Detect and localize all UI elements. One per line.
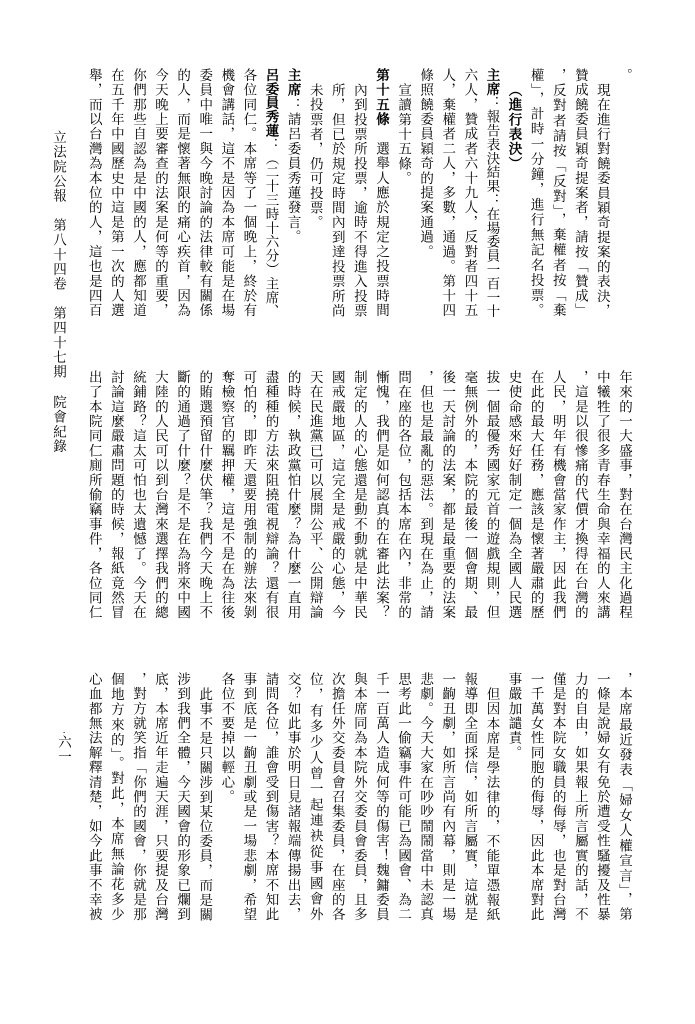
text-column: 第十五條 選舉人應於規定之投票時間 — [370, 68, 392, 318]
text-column: 事到底是一齣丑劇或是一場悲劇，希望 — [237, 672, 259, 922]
text-column: 千一百萬人造成何等的傷害！魏鏞委員 — [370, 672, 392, 922]
text-column: 此事不是只關涉到某位委員，而是關 — [193, 672, 215, 922]
text-column: 權」，計時一分鐘，進行無記名投票。 — [525, 68, 547, 318]
text-column: ，對方就笑指「你們的國會，你就是那 — [127, 672, 149, 922]
text-column: 拔一個最優秀國家元首的遊戲規則，但 — [480, 370, 502, 620]
text-column: （進行表決） — [502, 68, 524, 318]
text-column: 各位同仁。本席等了一個晚上，終於有 — [237, 68, 259, 318]
text-column: 毫無例外的，本院的最後一個會期、最 — [458, 370, 480, 620]
text-column: 後一天討論的法案，都是最重要的法案 — [436, 370, 458, 620]
text-column: 。 — [613, 68, 635, 318]
text-column: 交？如此事於明日見諸報端傳揚出去， — [282, 672, 304, 922]
text-column: ，反對者請按「反對」，棄權者按「棄 — [547, 68, 569, 318]
text-band-middle: 年來的一大盛事，對在台灣民主化過程 中犧牲了很多青春生命與幸福的人來講 ，這是以… — [82, 370, 635, 620]
text-column: 討論這麼嚴肅問題的時候，報紙竟然冒 — [105, 370, 127, 620]
text-column: 中犧牲了很多青春生命與幸福的人來講 — [591, 370, 613, 620]
text-column: 盡種種的方法來阻撓電視辯論？還有很 — [259, 370, 281, 620]
text-column: 出了本院同仁廁所偷竊事件，各位同仁 — [83, 370, 105, 620]
text-column: 委員中唯一與今晚討論的法律較有關係 — [193, 68, 215, 318]
text-column: 呂委員秀蓮：（二十三時十六分）主席、 — [259, 68, 281, 318]
text-column: 制定的人的心態還是動不動就是中華民 — [348, 370, 370, 620]
text-column: 統鋪路？這太可怕也太遺憾了。今天在 — [127, 370, 149, 620]
text-column: 主席：報告表決結果：在場委員一百一十 — [480, 68, 502, 318]
text-column: 一千萬女性同胞的侮辱，因此本席對此 — [525, 672, 547, 922]
text-column: 今天晚上要審查的法案是何等的重要， — [149, 68, 171, 318]
text-column: 史使命感來好好制定一個為全國人民選 — [502, 370, 524, 620]
text-column: ，這是以很慘痛的代價才換得在台灣的 — [569, 370, 591, 620]
text-column: 的時候，執政黨怕什麼？為什麼一直用 — [282, 370, 304, 620]
text-column: 內到投票所投票，逾時不得進入投票 — [348, 68, 370, 318]
text-column: 一齣丑劇，如所言尚有內幕，則是一場 — [436, 672, 458, 922]
header-publication: 立法院公報 — [50, 130, 66, 204]
speech-text: ：（二十三時十六分）主席、 — [263, 138, 279, 319]
text-column: 慚愧，我們是如何認真的在審此法案？ — [370, 370, 392, 620]
header-volume: 第八十四卷 — [50, 218, 66, 292]
text-column: 人，棄權者二人，多數，通過。第十四 — [436, 68, 458, 318]
text-column: ，但也是最亂的惡法。到現在為止，請 — [414, 370, 436, 620]
text-column: 舉，而以台灣為本位的人，這也是四百 — [83, 68, 105, 318]
text-column: 但因本席是學法律的，不能單憑報紙 — [480, 672, 502, 922]
speaker-label: 呂委員秀蓮 — [263, 68, 279, 138]
header-section: 院會紀錄 — [50, 395, 66, 454]
text-column: ，本席最近發表「婦女人權宣言」，第 — [613, 672, 635, 922]
speech-text: ：報告表決結果：在場委員一百一十 — [483, 96, 499, 318]
text-column: 僅是對本院女職員的侮辱，也是對台灣 — [547, 672, 569, 922]
text-column: 六人，贊成者六十九人，反對者四十五 — [458, 68, 480, 318]
text-column: 各位不要掉以輕心。 — [215, 672, 237, 922]
text-column: 可怕的，即昨天還要用強制的辦法來剝 — [237, 370, 259, 620]
text-column: 力的自由，如果報上所言屬實的話，不 — [569, 672, 591, 922]
text-column: 條照饒委員穎奇的提案通過。 — [414, 68, 436, 318]
text-column: 報導即全面採信，如所言屬實，這就是 — [458, 672, 480, 922]
article-text: 選舉人應於規定之投票時間 — [373, 127, 389, 318]
text-column: 國戒嚴地區，這完全是戒嚴的心態，今 — [326, 370, 348, 620]
text-column: 贊成饒委員穎奇提案者，請按「贊成」 — [569, 68, 591, 318]
text-column: 位，有多少人曾一起連袂從事國會外 — [304, 672, 326, 922]
text-column: 在五千年中國歷史中這是第一次的人選 — [105, 68, 127, 318]
text-column: 一條是說婦女有免於遭受性騷擾及性暴 — [591, 672, 613, 922]
text-column: 底，本席近年走遍天涯，只要提及台灣 — [149, 672, 171, 922]
text-column: 奪檢察官的羈押權，這是不是在為往後 — [215, 370, 237, 620]
text-column: 天在民進黨已可以展開公平、公開辯論 — [304, 370, 326, 620]
article-label: 第十五條 — [373, 68, 389, 127]
text-column: 你們那些自認為是中國的人，應都知道 — [127, 68, 149, 318]
text-column: 未投票者，仍可投票。 — [304, 68, 326, 318]
page-number-value: 六一 — [55, 735, 71, 764]
text-band-bottom: ，本席最近發表「婦女人權宣言」，第 一條是說婦女有免於遭受性騷擾及性暴 力的自由… — [82, 672, 635, 922]
text-column: 請問各位，誰會受到傷害？本席不知此 — [259, 672, 281, 922]
text-band-top: 。 現在進行對饒委員穎奇提案的表決， 贊成饒委員穎奇提案者，請按「贊成」 ，反對… — [82, 68, 635, 318]
text-column: 涉到我們全體，今天國會的形象已爛到 — [171, 672, 193, 922]
text-column: 主席：請呂委員秀蓮發言。 — [282, 68, 304, 318]
text-column: 的人，而是懷著無限的痛心疾首，因為 — [171, 68, 193, 318]
speech-text: ：請呂委員秀蓮發言。 — [285, 97, 301, 244]
text-column: 所，但已於規定時間內到達投票所尚 — [326, 68, 348, 318]
text-column: 次擔任外交委員會召集委員，在座的各 — [326, 672, 348, 922]
text-column: 的賄選預留什麼伏筆？我們今天晚上不 — [193, 370, 215, 620]
speaker-label: 主席 — [285, 68, 301, 97]
page-number: ·六一 — [52, 731, 74, 771]
text-column: 機會講話，這不是因為本席可能是在場 — [215, 68, 237, 318]
speaker-label: 主席 — [483, 68, 499, 96]
text-column: 心血都無法解釋清楚，如今此事不幸被 — [83, 672, 105, 922]
text-column: 大陸的人民可以到台灣來選擇我們的總 — [149, 370, 171, 620]
running-header: 立法院公報第八十四卷第四十七期院會紀錄 — [47, 130, 69, 460]
header-issue: 第四十七期 — [50, 306, 66, 380]
text-column: 斷的通過了什麼？是不是在為將來中國 — [171, 370, 193, 620]
stage-direction: （進行表決） — [506, 83, 522, 171]
text-column: 個地方來的」。對此，本席無論花多少 — [105, 672, 127, 922]
text-column: 年來的一大盛事，對在台灣民主化過程 — [613, 370, 635, 620]
text-column: 人民，明年有機會當家作主，因此我們 — [547, 370, 569, 620]
text-column: 事嚴加譴責。 — [502, 672, 524, 922]
text-column: 在此的最大任務，應該是懷著嚴肅的歷 — [525, 370, 547, 620]
text-column: 悲劇。今天大家在吵吵鬧鬧當中未認真 — [414, 672, 436, 922]
text-column: 宣讀第十五條。 — [392, 68, 414, 318]
text-column: 現在進行對饒委員穎奇提案的表決， — [591, 68, 613, 318]
text-column: 與本席同為本院外交委員會委員，且多 — [348, 672, 370, 922]
text-column: 思考此一偷竊事件可能已為國會、為二 — [392, 672, 414, 922]
text-column: 問在座的各位，包括本席在內，非常的 — [392, 370, 414, 620]
